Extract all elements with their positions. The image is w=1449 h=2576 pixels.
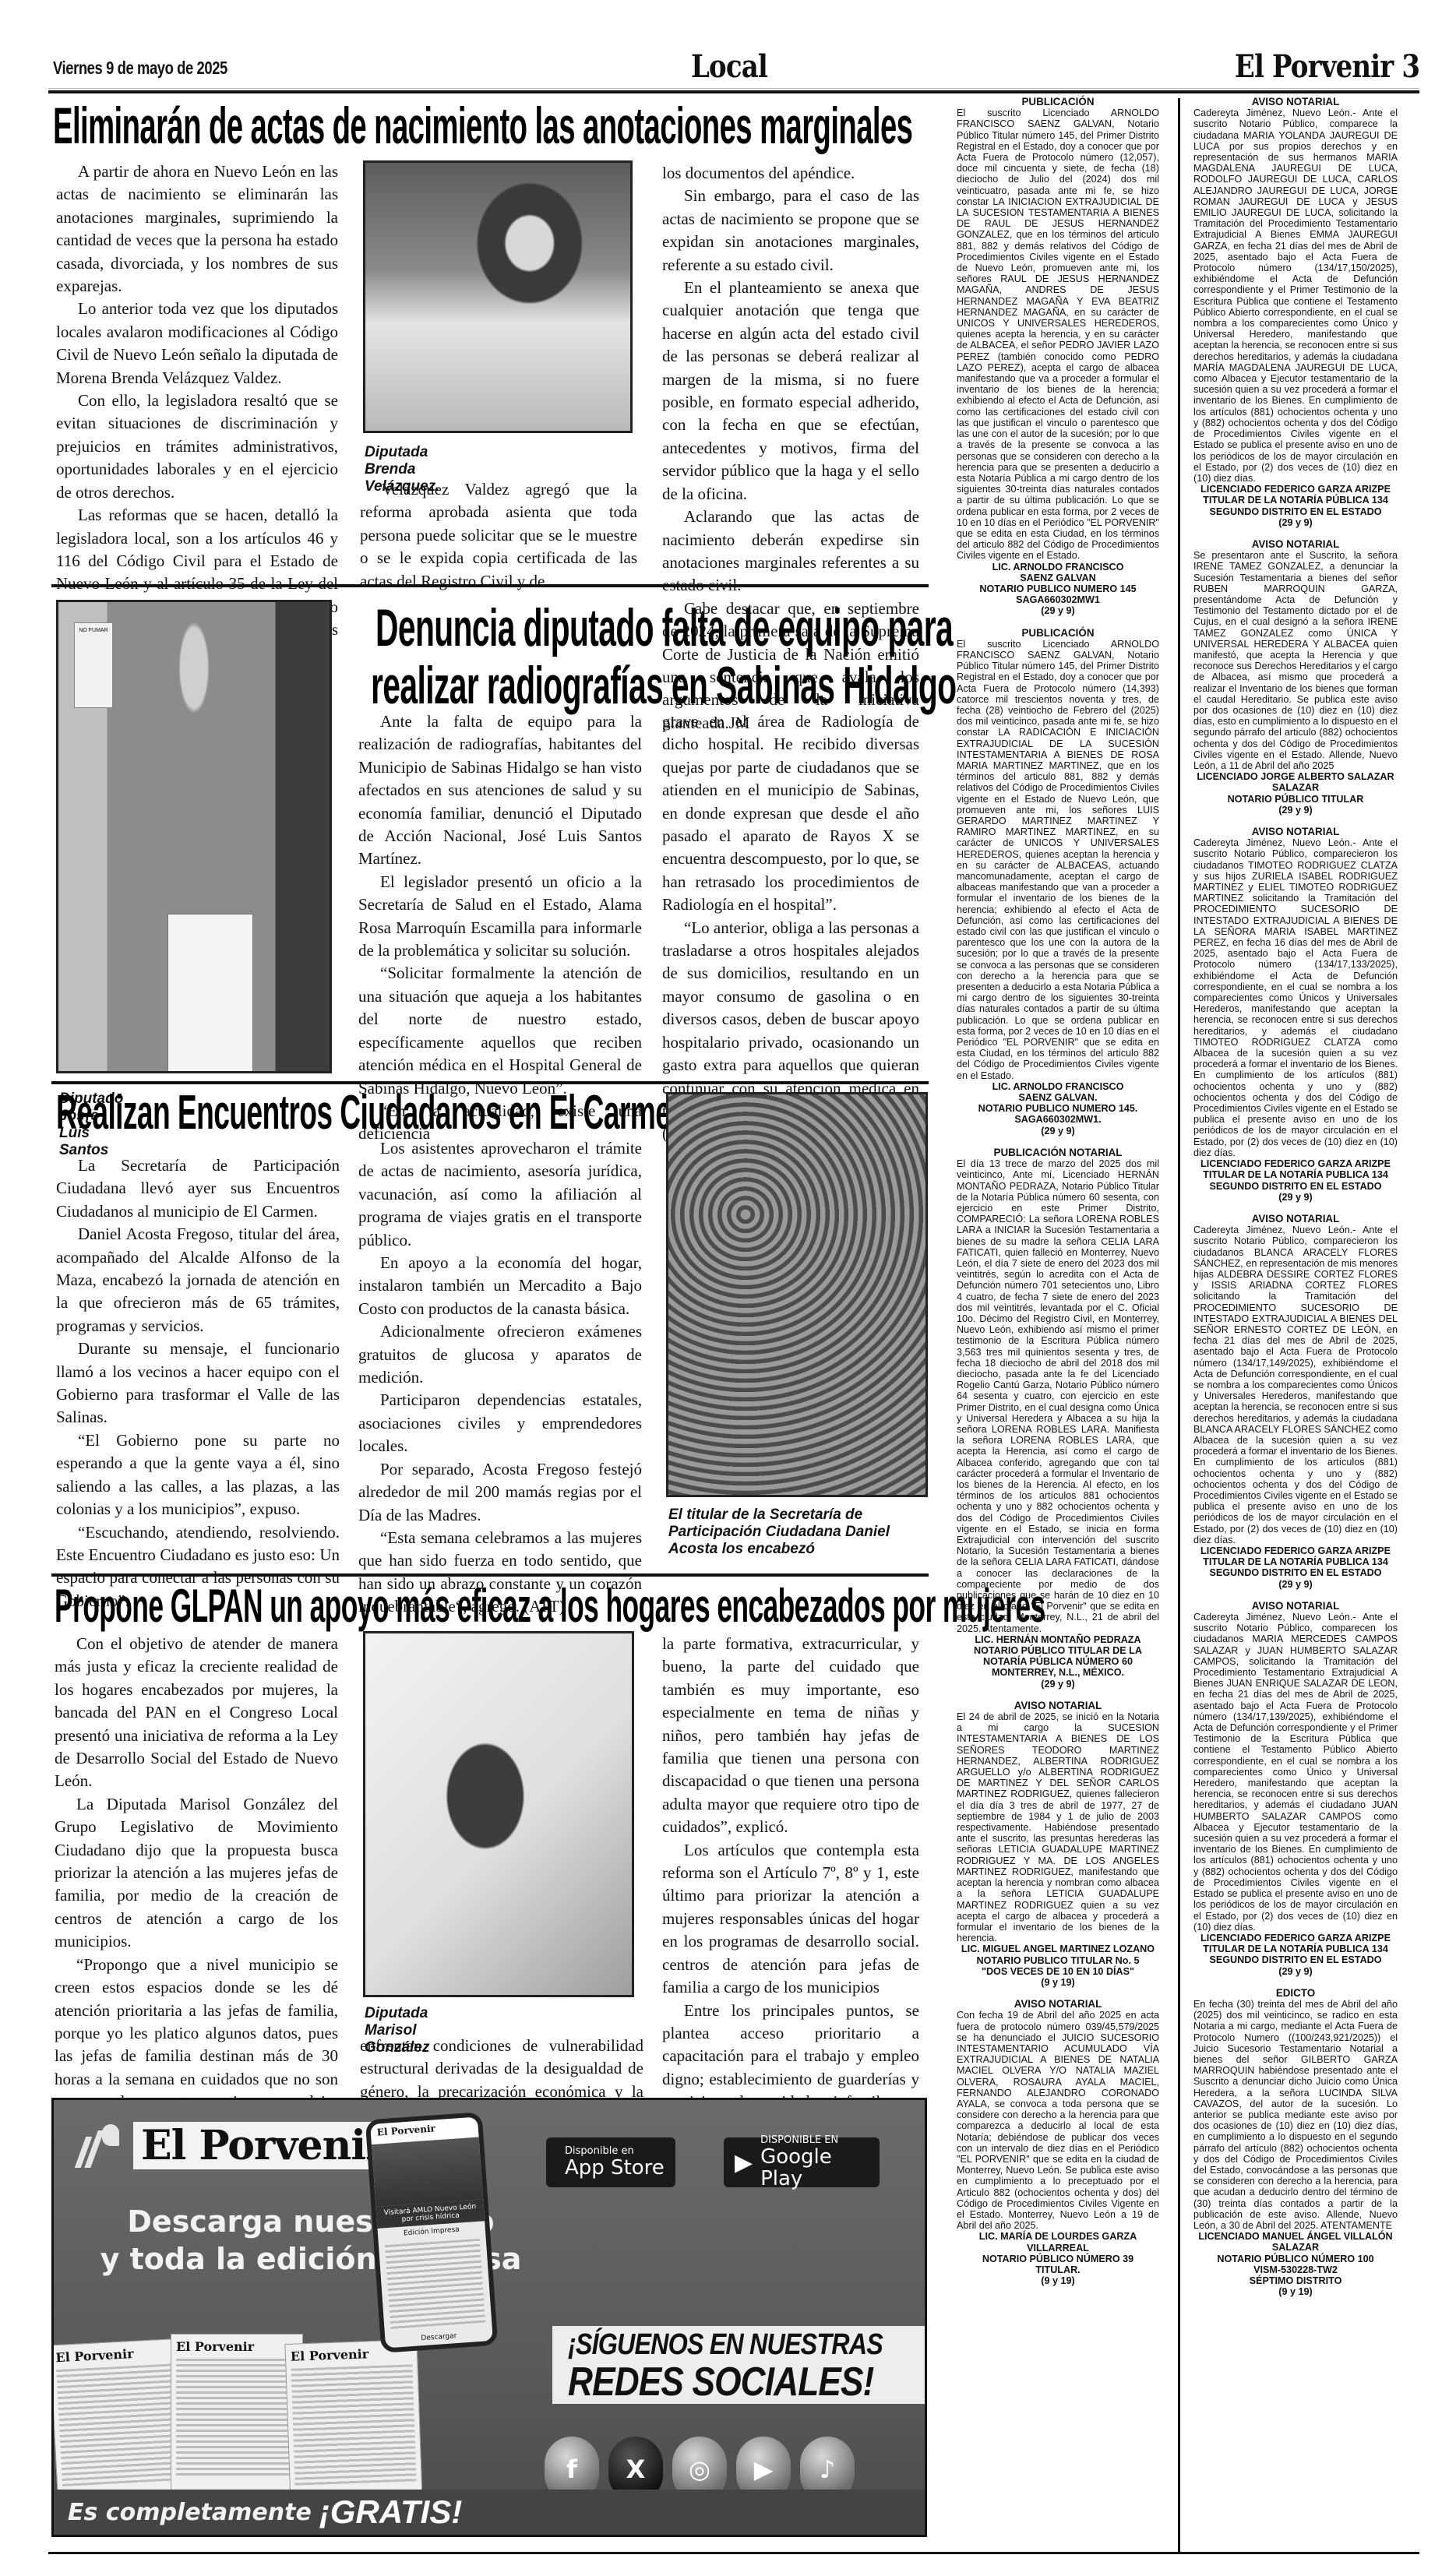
notices-column-divider — [1178, 98, 1180, 2552]
article-column-1: Ante la falta de equipo para la realizac… — [358, 710, 642, 1146]
paragraph: Durante su mensaje, el funcionario llamó… — [56, 1337, 340, 1429]
paper-name-page: El Porvenir 3 — [1235, 48, 1419, 85]
legal-notice: AVISO NOTARIAL Cadereyta Jiménez, Nuevo … — [1193, 1214, 1398, 1590]
headline: Propone GLPAN un apoyo más eficaz a los … — [55, 1583, 1045, 1630]
paragraph: Ante la falta de equipo para la realizac… — [358, 710, 642, 871]
newspaper-cover: El Porvenir — [284, 2339, 422, 2507]
printed-editions: El Porvenir El Porvenir El Porvenir — [54, 2334, 428, 2497]
brand-logo: El Porvenir — [77, 2122, 394, 2169]
paragraph: El legislador presentó un oficio a la Se… — [358, 871, 642, 963]
legal-notices-left: PUBLICACIÓN El suscrito Licenciado ARNOL… — [957, 97, 1159, 2297]
social-follow-banner: ¡SÍGUENOS EN NUESTRAS REDES SOCIALES! — [552, 2326, 927, 2404]
horse-logo-icon — [77, 2123, 124, 2169]
paragraph: La Secretaría de Participación Ciudadana… — [56, 1154, 340, 1223]
paragraph: Adicionalmente ofrecieron exámenes gratu… — [358, 1320, 642, 1389]
app-promo-ad[interactable]: El Porvenir Descarga nuestra app y toda … — [51, 2098, 927, 2537]
photo-caption: El titular de la Secretaría de Participa… — [668, 1506, 933, 1558]
paragraph: Velázquez Valdez agregó que la reforma a… — [360, 478, 637, 593]
photo-marisol-gonzalez — [363, 1631, 634, 1997]
paragraph: En apoyo a la economía del hogar, instal… — [358, 1252, 642, 1320]
masthead-rule — [48, 90, 1419, 93]
newspaper-cover: El Porvenir — [171, 2334, 303, 2497]
article-column-2: Los asistentes aprovecharon el trámite d… — [358, 1137, 642, 1619]
section-divider — [51, 1573, 929, 1577]
paragraph: Los asistentes aprovecharon el trámite d… — [358, 1137, 642, 1252]
legal-notice: AVISO NOTARIAL Se presentaron ante el Su… — [1193, 539, 1398, 816]
section-divider — [51, 584, 929, 587]
masthead-rule-thin — [48, 88, 1419, 89]
issue-date: Viernes 9 de mayo de 2025 — [53, 58, 227, 79]
document-held — [167, 914, 253, 1073]
paragraph: grave en el área de Radiología de dicho … — [662, 710, 919, 917]
paragraph: Los artículos que contempla esta reforma… — [662, 1839, 919, 2000]
newspaper-cover: El Porvenir — [51, 2338, 190, 2509]
footer-rule — [48, 2552, 1419, 2554]
paragraph: Con ello, la legisladora resaltó que se … — [56, 389, 338, 504]
legal-notices-right: AVISO NOTARIAL Cadereyta Jiménez, Nuevo … — [1193, 97, 1398, 2308]
app-store-button[interactable]: Disponible enApp Store — [546, 2137, 675, 2187]
headline: Eliminarán de actas de nacimiento las an… — [53, 100, 912, 151]
paragraph: los documentos del apéndice. — [662, 162, 919, 185]
article-column-1: La Secretaría de Participación Ciudadana… — [56, 1154, 340, 1612]
headline-line-1: Denuncia diputado falta de equipo para — [375, 601, 953, 654]
paragraph: Sin embargo, para el caso de las actas d… — [662, 185, 919, 277]
legal-notice: EDICTO En fecha (30) treinta del mes de … — [1193, 1988, 1398, 2298]
legal-notice: PUBLICACIÓN El suscrito Licenciado ARNOL… — [957, 97, 1159, 617]
legal-notice: PUBLICACIÓN El suscrito Licenciado ARNOL… — [957, 628, 1159, 1136]
article-column-2: grave en el área de Radiología de dicho … — [662, 710, 919, 1146]
headline-line-2: realizar radiografías en Sabinas Hidalgo — [371, 659, 956, 712]
legal-notice: AVISO NOTARIAL Cadereyta Jiménez, Nuevo … — [1193, 1601, 1398, 1977]
play-store-icon: ▶ — [735, 2149, 753, 2176]
paragraph: A partir de ahora en Nuevo León en las a… — [56, 160, 338, 298]
section-name: Local — [691, 48, 767, 85]
photo-encuentro-crowd — [666, 1092, 928, 1497]
legal-notice: AVISO NOTARIAL Con fecha 19 de Abril del… — [957, 1999, 1159, 2286]
legal-notice: AVISO NOTARIAL El 24 de abril de 2025, s… — [957, 1700, 1159, 1988]
paragraph: Por separado, Acosta Fregoso festejó alr… — [358, 1458, 642, 1527]
free-banner: Es completamente ¡GRATIS! — [54, 2490, 927, 2535]
paragraph: Con el objetivo de atender de manera más… — [55, 1633, 338, 1793]
paragraph: En el planteamiento se anexa que cualqui… — [662, 277, 919, 506]
google-play-button[interactable]: ▶ DISPONIBLE ENGoogle Play — [724, 2137, 880, 2187]
article-column-1: A partir de ahora en Nuevo León en las a… — [56, 160, 338, 664]
legal-notice: AVISO NOTARIAL Cadereyta Jiménez, Nuevo … — [1193, 97, 1398, 528]
headline: Realizan Encuentros Ciudadanos en El Car… — [56, 1089, 688, 1137]
paragraph: Participaron dependencias estatales, aso… — [358, 1389, 642, 1457]
phone-mockup: El Porvenir Visitará AMLO Nuevo León por… — [365, 2112, 499, 2353]
article-column-2: Velázquez Valdez agregó que la reforma a… — [360, 478, 637, 593]
legal-notice: PUBLICACIÓN NOTARIAL El día 13 trece de … — [957, 1147, 1159, 1690]
no-smoking-sign: NO FUMAR — [74, 622, 113, 708]
paragraph: la parte formativa, extracurricular, y b… — [662, 1633, 919, 1839]
legal-notice: AVISO NOTARIAL Cadereyta Jiménez, Nuevo … — [1193, 826, 1398, 1203]
masthead: Viernes 9 de mayo de 2025 Local El Porve… — [48, 48, 1419, 90]
paragraph: “El Gobierno pone su parte no esperando … — [56, 1429, 340, 1521]
photo-jose-luis-santos: NO FUMAR — [56, 600, 332, 1073]
photo-brenda-velazquez — [363, 160, 633, 433]
brand-name: El Porvenir — [133, 2122, 394, 2169]
paragraph: La Diputada Marisol González del Grupo L… — [55, 1793, 338, 1954]
paragraph: “Solicitar formalmente la atención de un… — [358, 962, 642, 1099]
paragraph: Daniel Acosta Fregoso, titular del área,… — [56, 1223, 340, 1337]
section-divider — [51, 1081, 929, 1084]
paragraph: Lo anterior toda vez que los diputados l… — [56, 298, 338, 389]
